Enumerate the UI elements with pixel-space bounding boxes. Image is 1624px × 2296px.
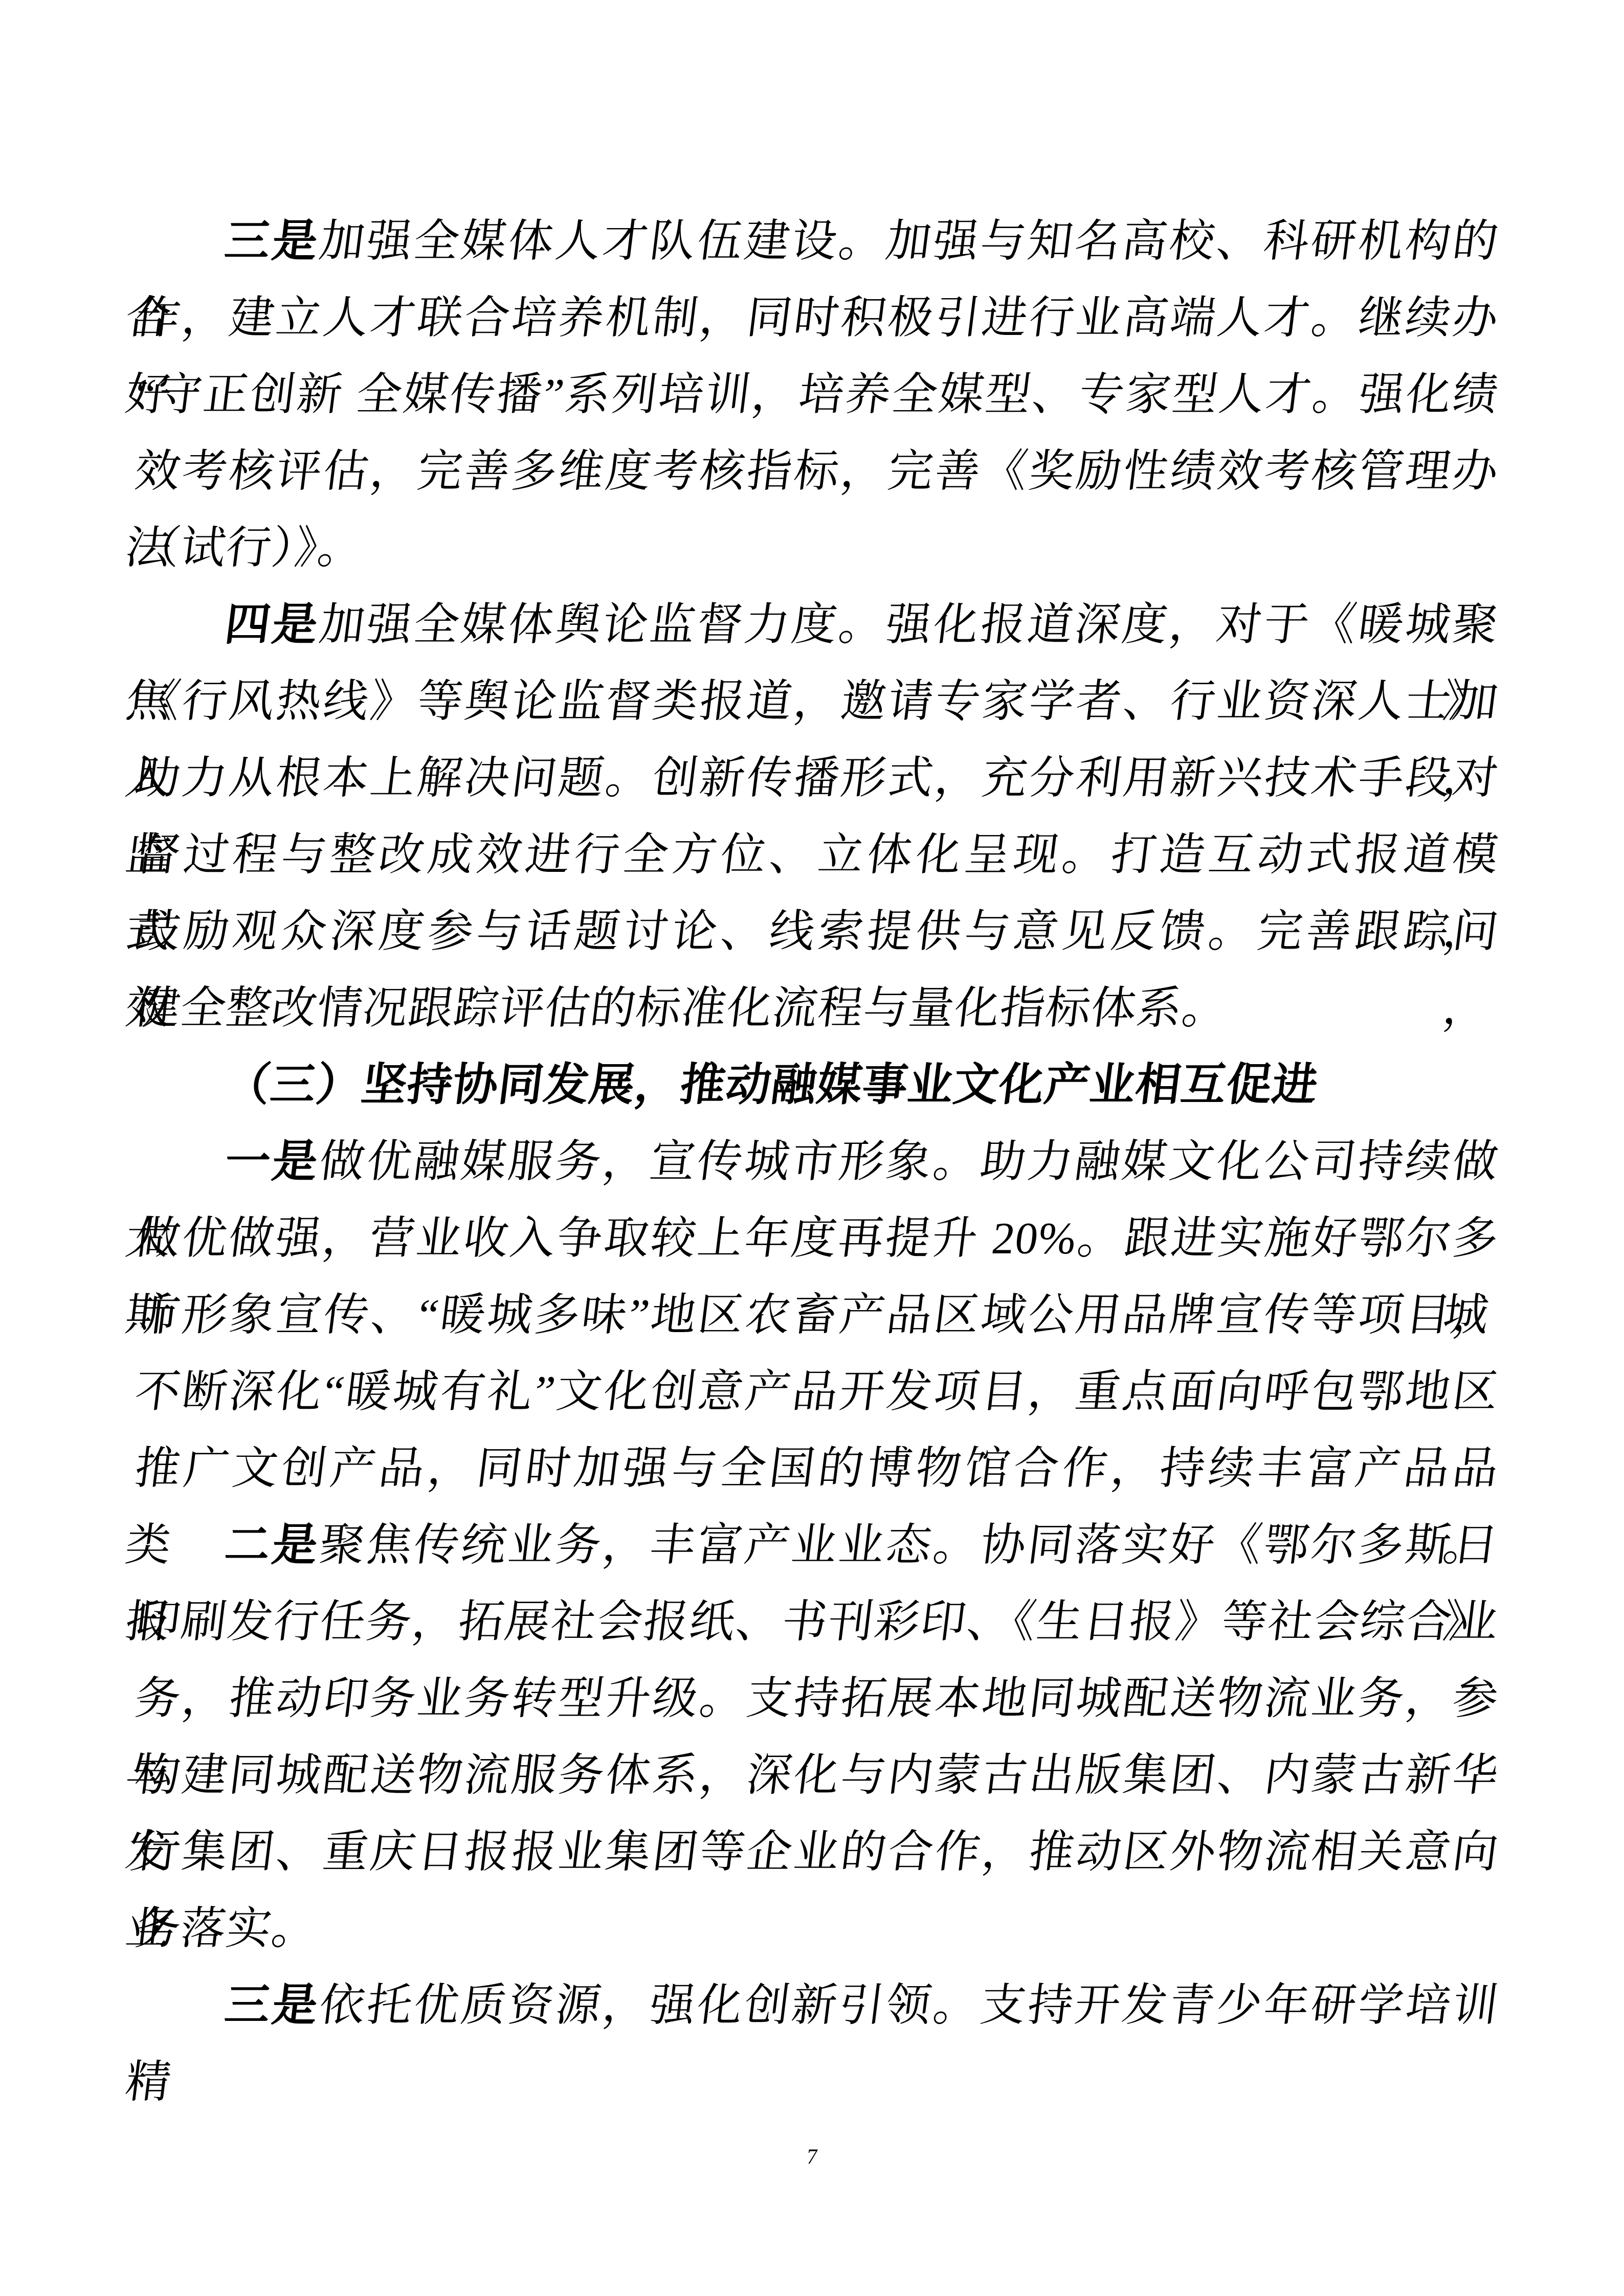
bold-run: 一是 <box>222 1137 323 1187</box>
text-line: 作，建立人才联合培养机制，同时积极引进行业高端人才。继续办好 <box>130 280 1503 357</box>
text-line: 市形象宣传、“暖城多味”地区农畜产品区域公用品牌宣传等项目， <box>130 1277 1503 1354</box>
text-line: 助力从根本上解决问题。创新传播形式，充分利用新兴技术手段对监 <box>130 740 1503 817</box>
text-line: （三）坚持协同发展，推动融媒事业文化产业相互促进 <box>130 1047 1503 1124</box>
text-line: 行集团、重庆日报报业集团等企业的合作，推动区外物流相关意向业 <box>130 1814 1503 1891</box>
text-run: “守正创新 全媒传播”系列培训，培养全媒型、专家型人才。强化绩 <box>132 370 1501 420</box>
text-run: 不断深化“暖城有礼”文化创意产品开发项目，重点面向呼包鄂地区 <box>132 1367 1501 1417</box>
text-line: 推广文创产品，同时加强与全国的博物馆合作，持续丰富产品品类。 <box>130 1431 1503 1507</box>
text-body: 三是加强全媒体人才队伍建设。加强与知名高校、科研机构的合作，建立人才联合培养机制… <box>130 204 1494 2044</box>
bold-run: （三）坚持协同发展，推动融媒事业文化产业相互促进 <box>222 1061 1321 1110</box>
text-run: 市形象宣传、“暖城多味”地区农畜产品区域公用品牌宣传等项目， <box>132 1291 1501 1340</box>
text-line: 四是加强全媒体舆论监督力度。强化报道深度，对于《暖城聚焦》 <box>130 587 1503 664</box>
page-number: 7 <box>0 2142 1624 2172</box>
text-line: 督过程与整改成效进行全方位、立体化呈现。打造互动式报道模式， <box>130 817 1503 894</box>
bold-run: 三是 <box>222 217 323 266</box>
text-line: （试行）》。 <box>130 510 1503 587</box>
text-line: 鼓励观众深度参与话题讨论、线索提供与意见反馈。完善跟踪问效， <box>130 894 1503 971</box>
bold-run: 二是 <box>222 1521 323 1570</box>
text-line: 做优做强，营业收入争取较上年度再提升 20%。跟进实施好鄂尔多斯城 <box>130 1201 1503 1277</box>
text-run: 务落实。 <box>132 1904 320 1954</box>
bold-run: 四是 <box>222 600 323 650</box>
text-line: 《行风热线》等舆论监督类报道，邀请专家学者、行业资深人士加入， <box>130 664 1503 740</box>
text-line: “守正创新 全媒传播”系列培训，培养全媒型、专家型人才。强化绩 <box>130 357 1503 434</box>
text-line: 三是加强全媒体人才队伍建设。加强与知名高校、科研机构的合 <box>130 204 1503 280</box>
text-run: （试行）》。 <box>132 524 366 573</box>
text-line: 印刷发行任务，拓展社会报纸、书刊彩印、《生日报》等社会综合业 <box>130 1584 1503 1661</box>
bold-run: 三是 <box>222 1981 323 2031</box>
text-line: 务，推动印务业务转型升级。支持拓展本地同城配送物流业务，参与 <box>130 1661 1503 1738</box>
text-run: 健全整改情况跟踪评估的标准化流程与量化指标体系。 <box>132 984 1231 1033</box>
text-line: 二是聚焦传统业务，丰富产业业态。协同落实好《鄂尔多斯日报》 <box>130 1507 1503 1584</box>
document-page: 三是加强全媒体人才队伍建设。加强与知名高校、科研机构的合作，建立人才联合培养机制… <box>0 0 1624 2296</box>
text-line: 一是做优融媒服务，宣传城市形象。助力融媒文化公司持续做大 <box>130 1124 1503 1201</box>
text-line: 三是依托优质资源，强化创新引领。支持开发青少年研学培训精 <box>130 1968 1503 2044</box>
text-run: 依托优质资源，强化创新引领。支持开发青少年研学培训精 <box>123 1981 1501 2107</box>
text-line: 不断深化“暖城有礼”文化创意产品开发项目，重点面向呼包鄂地区 <box>130 1354 1503 1431</box>
text-line: 健全整改情况跟踪评估的标准化流程与量化指标体系。 <box>130 971 1503 1047</box>
text-line: 效考核评估，完善多维度考核指标，完善《奖励性绩效考核管理办法 <box>130 434 1503 510</box>
text-line: 构建同城配送物流服务体系，深化与内蒙古出版集团、内蒙古新华发 <box>130 1738 1503 1814</box>
text-run: 印刷发行任务，拓展社会报纸、书刊彩印、《生日报》等社会综合业 <box>132 1597 1501 1647</box>
text-line: 务落实。 <box>130 1891 1503 1968</box>
